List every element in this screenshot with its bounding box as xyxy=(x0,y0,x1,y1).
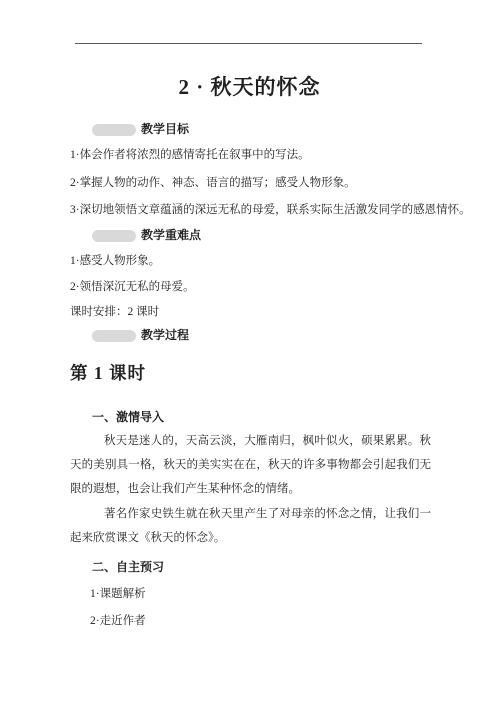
objectives-section-header: 教学目标 xyxy=(92,123,189,136)
process-section-header: 教学过程 xyxy=(92,329,189,342)
schedule-line: 课时安排：2 课时 xyxy=(70,305,159,319)
header-rule xyxy=(75,43,422,44)
objective-item: 3·深切地领悟文章蕴涵的深远无私的母爱，联系实际生活激发同学的感恩情怀。 xyxy=(70,203,471,217)
key-point-item: 1·感受人物形象。 xyxy=(70,254,160,268)
section-marker-pill xyxy=(92,124,136,136)
objectives-label: 教学目标 xyxy=(141,123,189,136)
intro-paragraph: 著名作家史铁生就在秋天里产生了对母亲的怀念之情，让我们一起来欣赏课文《秋天的怀念… xyxy=(70,502,431,550)
objective-item: 1·体会作者将浓烈的感情寄托在叙事中的写法。 xyxy=(70,148,310,162)
key-points-label: 教学重难点 xyxy=(141,229,201,242)
preview-item: 1·课题解析 xyxy=(90,587,146,601)
section-marker-pill xyxy=(92,230,136,242)
lesson-plan-page: 2 · 秋天的怀念 教学目标 1·体会作者将浓烈的感情寄托在叙事中的写法。 2·… xyxy=(0,0,499,706)
objective-item: 2·掌握人物的动作、神态、语言的描写；感受人物形象。 xyxy=(70,176,356,190)
lesson-1-heading: 第 1 课时 xyxy=(70,363,146,384)
key-points-section-header: 教学重难点 xyxy=(92,229,201,242)
preview-heading: 二、自主预习 xyxy=(92,560,164,574)
preview-item: 2·走近作者 xyxy=(90,614,146,628)
document-title: 2 · 秋天的怀念 xyxy=(0,71,499,101)
process-label: 教学过程 xyxy=(141,329,189,342)
intro-heading: 一、激情导入 xyxy=(92,410,164,424)
key-point-item: 2·领悟深沉无私的母爱。 xyxy=(70,280,195,294)
section-marker-pill xyxy=(92,330,136,342)
intro-paragraph: 秋天是迷人的，天高云淡，大雁南归，枫叶似火，硕果累累。秋天的美别具一格，秋天的美… xyxy=(70,429,431,501)
